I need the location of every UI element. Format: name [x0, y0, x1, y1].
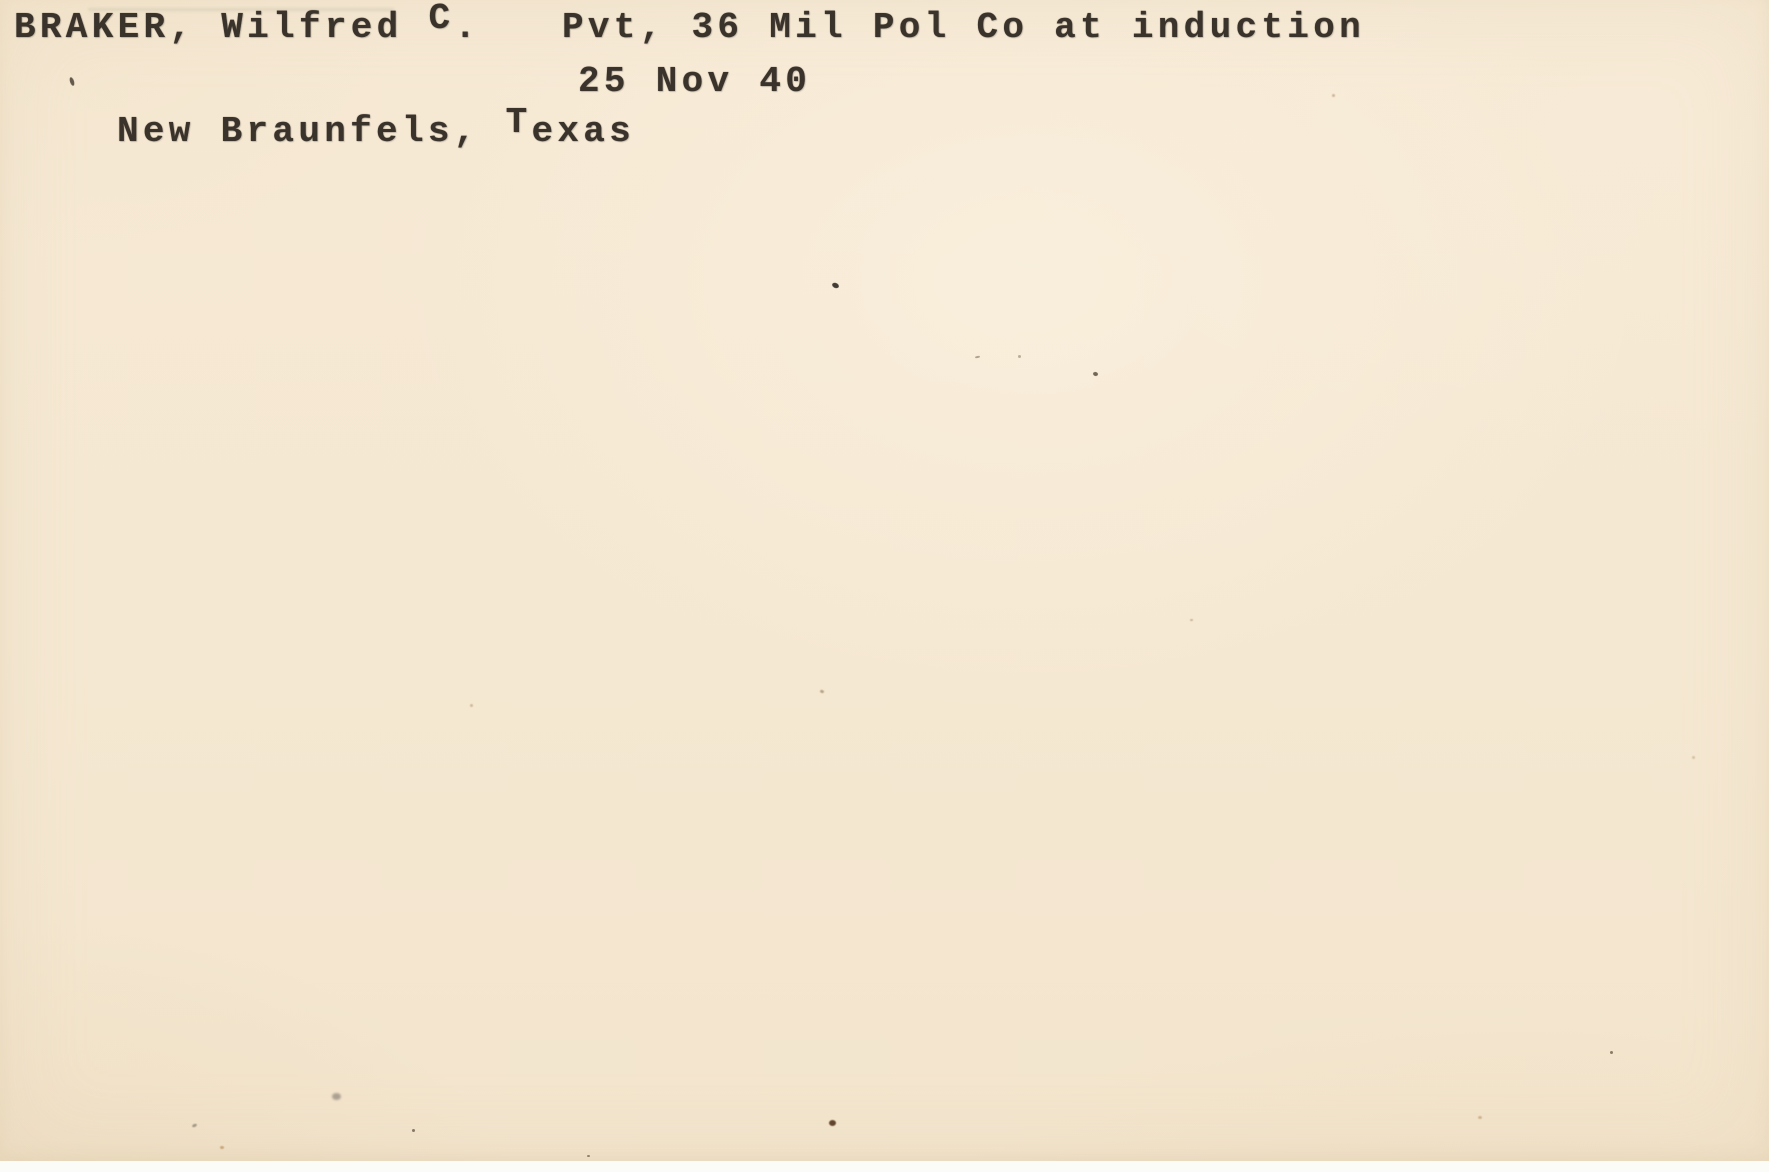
paper-speck [1692, 756, 1695, 759]
scanner-background-strip [0, 1161, 1769, 1172]
paper-speck [470, 704, 473, 707]
paper-speck [587, 1155, 590, 1157]
paper-speck [1093, 371, 1099, 376]
paper-speck [820, 689, 825, 693]
paper-speck [1018, 355, 1021, 358]
paper-speck [220, 1146, 224, 1149]
paper-speck [1478, 1116, 1482, 1119]
scanned-document: BRAKER, Wilfred C. Pvt, 36 Mil Pol Co at… [0, 0, 1769, 1172]
paper-speck [975, 356, 980, 359]
paper-speck [831, 282, 839, 289]
paper-speck [412, 1129, 415, 1132]
paper-speck [69, 77, 76, 87]
paper-speck [829, 1120, 836, 1126]
paper-speck [1190, 619, 1193, 621]
paper-specks-layer [0, 0, 1769, 1161]
index-card: BRAKER, Wilfred C. Pvt, 36 Mil Pol Co at… [0, 0, 1769, 1161]
paper-speck [1610, 1051, 1613, 1054]
paper-speck [1332, 94, 1335, 97]
paper-speck [332, 1093, 341, 1100]
paper-speck [192, 1123, 198, 1128]
